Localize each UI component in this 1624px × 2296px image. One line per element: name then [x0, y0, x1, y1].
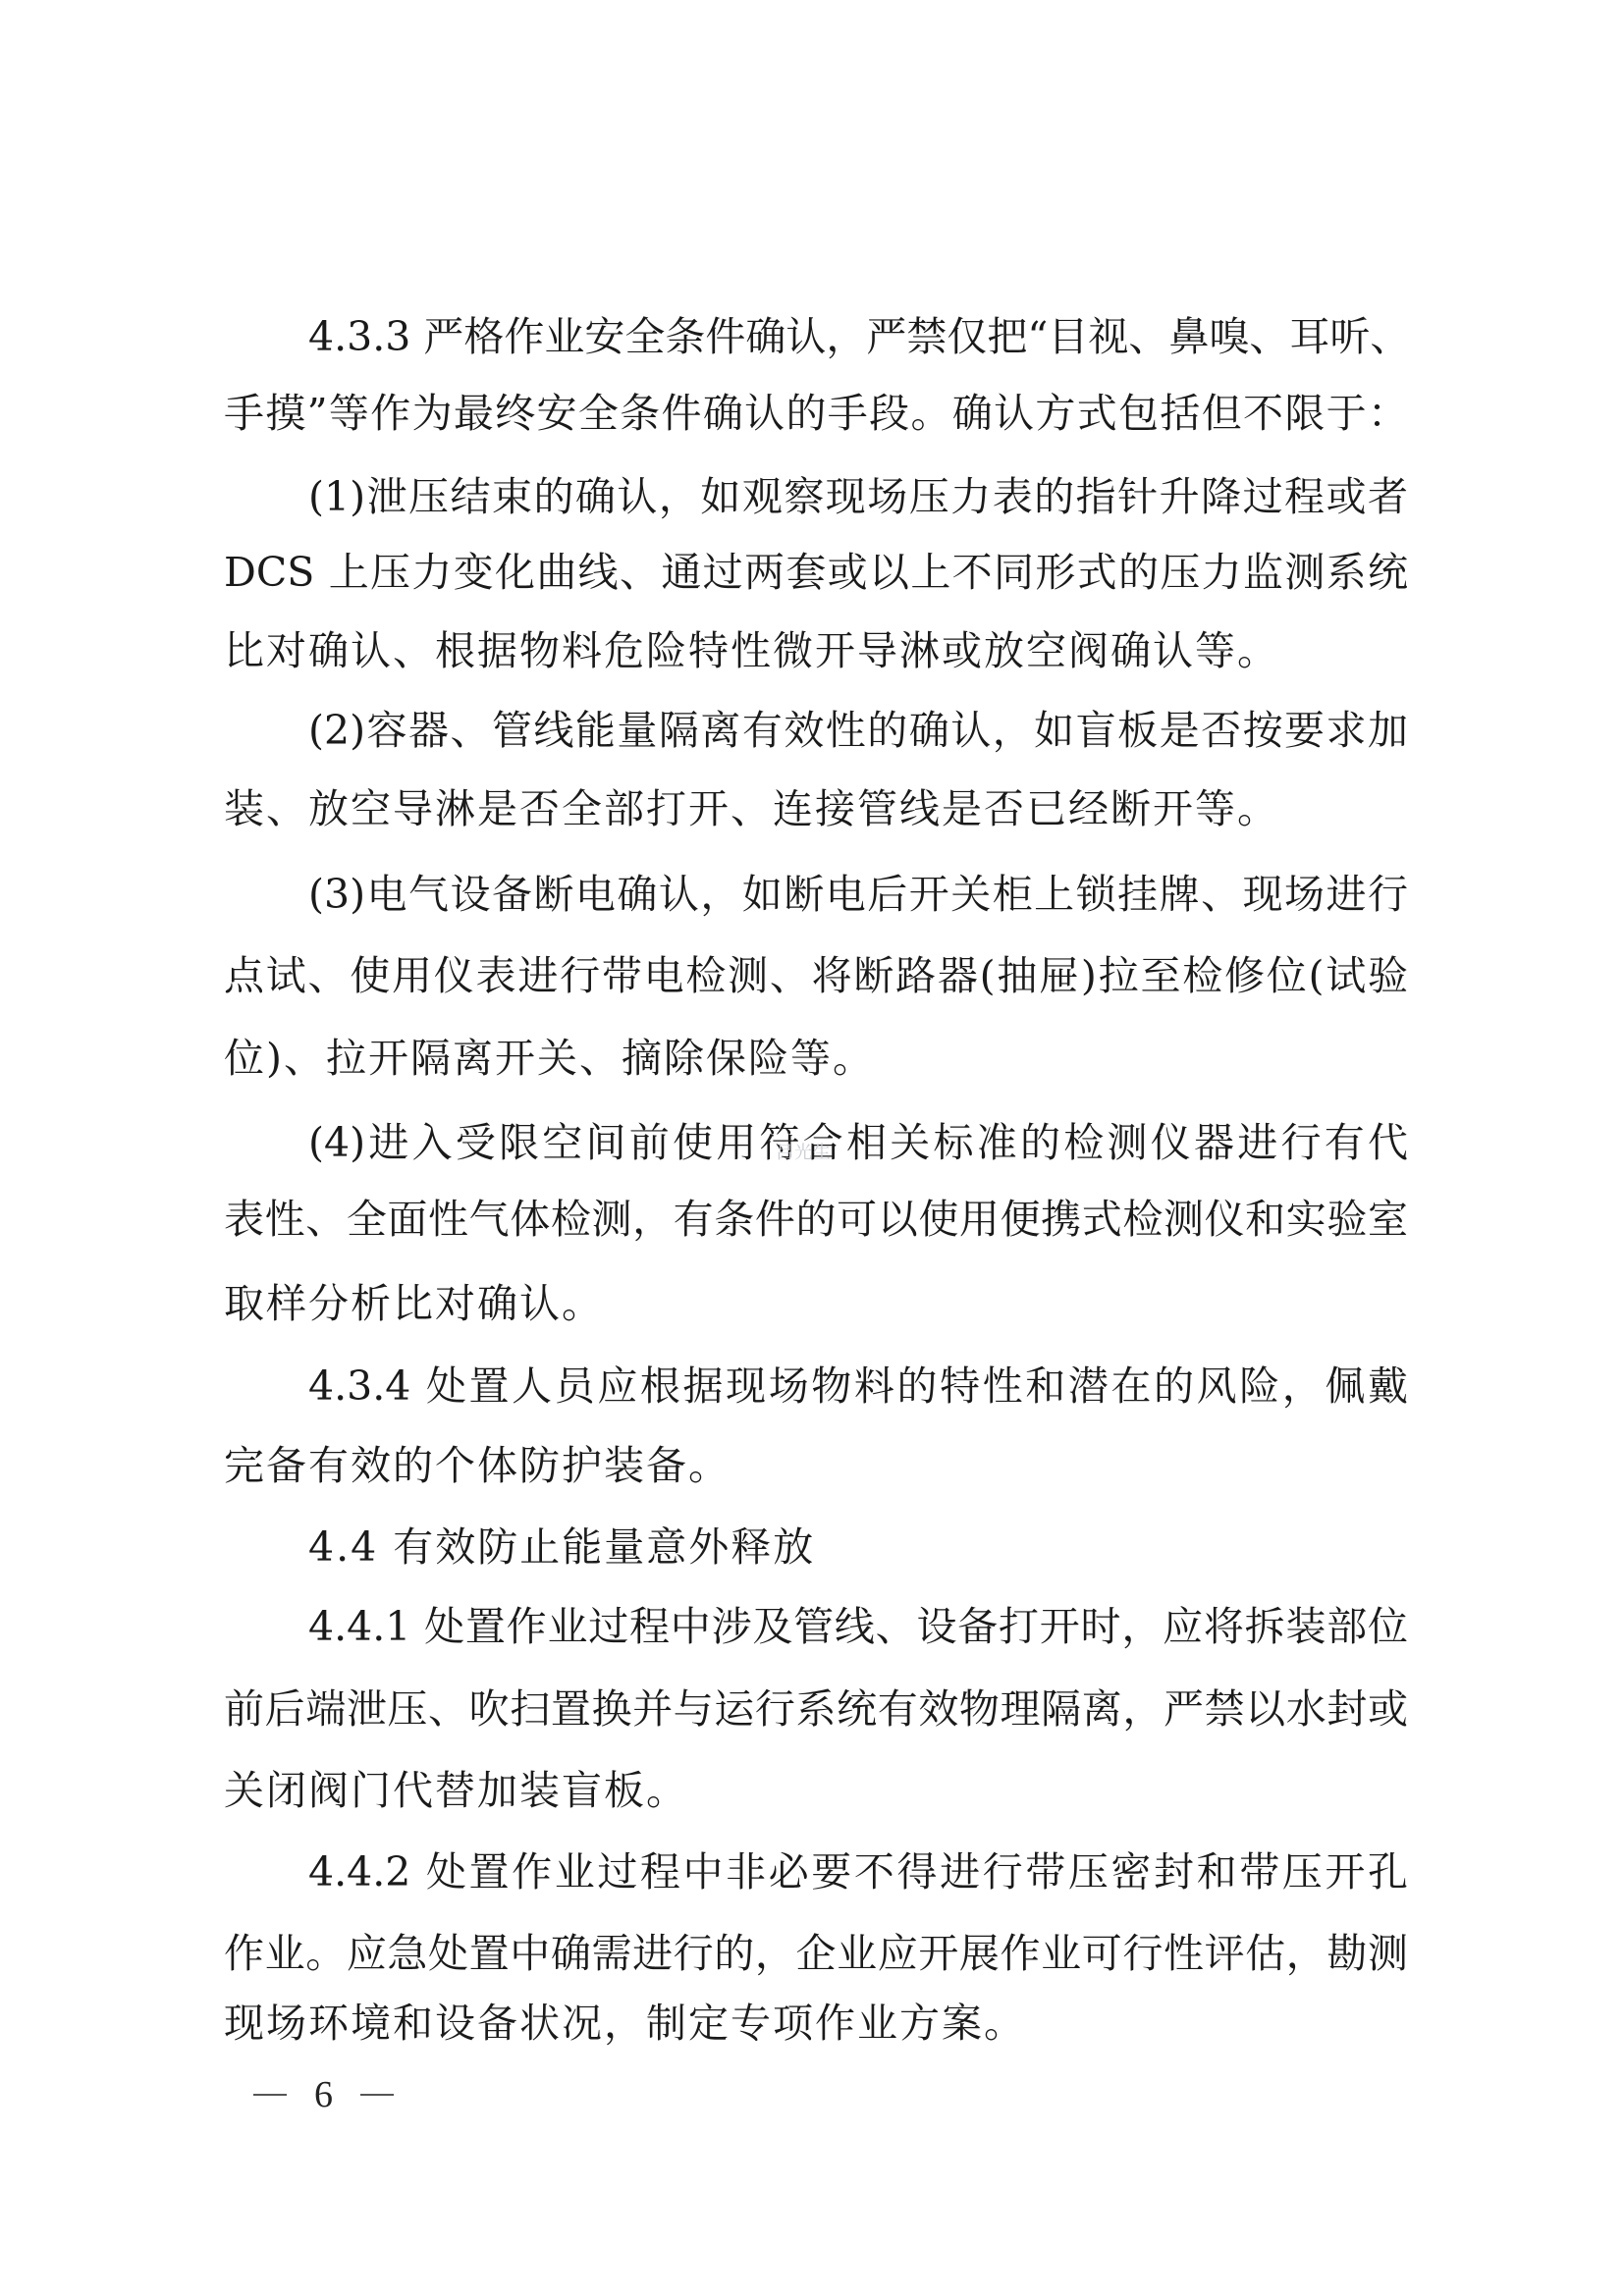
paragraph-line: 点试、使用仪表进行带电检测、将断路器(抽屉)拉至检修位(试验	[224, 946, 1408, 1005]
paragraph-line: 比对确认、根据物料危险特性微开导淋或放空阀确认等。	[224, 621, 1408, 680]
paragraph-first-line: (4)进入受限空间前使用符合相关标准的检测仪器进行有代	[308, 1113, 1408, 1172]
paragraph-line: 位)、拉开隔离开关、摘除保险等。	[224, 1029, 1408, 1088]
paragraph-line: 完备有效的个体防护装备。	[224, 1436, 1408, 1495]
paragraph-first-line: 4.4.1 处置作业过程中涉及管线、设备打开时，应将拆装部位	[308, 1597, 1408, 1656]
paragraph-line: 表性、全面性气体检测，有条件的可以使用便携式检测仪和实验室	[224, 1190, 1408, 1249]
document-page: 4.3.3 严格作业安全条件确认，严禁仅把“目视、鼻嗅、耳听、手摸”等作为最终安…	[0, 0, 1624, 2296]
paragraph-first-line: 4.3.3 严格作业安全条件确认，严禁仅把“目视、鼻嗅、耳听、	[308, 307, 1408, 366]
paragraph-line: DCS 上压力变化曲线、通过两套或以上不同形式的压力监测系统	[224, 543, 1408, 602]
watermark: 吕光生	[776, 1139, 832, 1164]
paragraph-line: 取样分析比对确认。	[224, 1274, 1408, 1333]
paragraph-first-line: 4.4 有效防止能量意外释放	[308, 1518, 1408, 1576]
paragraph-first-line: 4.3.4 处置人员应根据现场物料的特性和潜在的风险，佩戴	[308, 1357, 1408, 1415]
paragraph-line: 作业。应急处置中确需进行的，企业应开展作业可行性评估，勘测	[224, 1924, 1408, 1983]
page-number-value: 6	[314, 2073, 333, 2116]
paragraph-line: 现场环境和设备状况，制定专项作业方案。	[224, 1994, 1408, 2053]
paragraph-line: 装、放空导淋是否全部打开、连接管线是否已经断开等。	[224, 779, 1408, 838]
paragraph-line: 手摸”等作为最终安全条件确认的手段。确认方式包括但不限于：	[224, 384, 1408, 443]
paragraph-first-line: (2)容器、管线能量隔离有效性的确认，如盲板是否按要求加	[308, 701, 1408, 760]
page-number-right-dash	[360, 2094, 394, 2096]
paragraph-line: 前后端泄压、吹扫置换并与运行系统有效物理隔离，严禁以水封或	[224, 1680, 1408, 1738]
page-number: 6	[253, 2073, 394, 2116]
paragraph-line: 关闭阀门代替加装盲板。	[224, 1761, 1408, 1820]
paragraph-first-line: (3)电气设备断电确认，如断电后开关柜上锁挂牌、现场进行	[308, 865, 1408, 924]
page-number-left-dash	[253, 2094, 287, 2096]
paragraph-first-line: 4.4.2 处置作业过程中非必要不得进行带压密封和带压开孔	[308, 1842, 1408, 1901]
paragraph-first-line: (1)泄压结束的确认，如观察现场压力表的指针升降过程或者	[308, 467, 1408, 526]
